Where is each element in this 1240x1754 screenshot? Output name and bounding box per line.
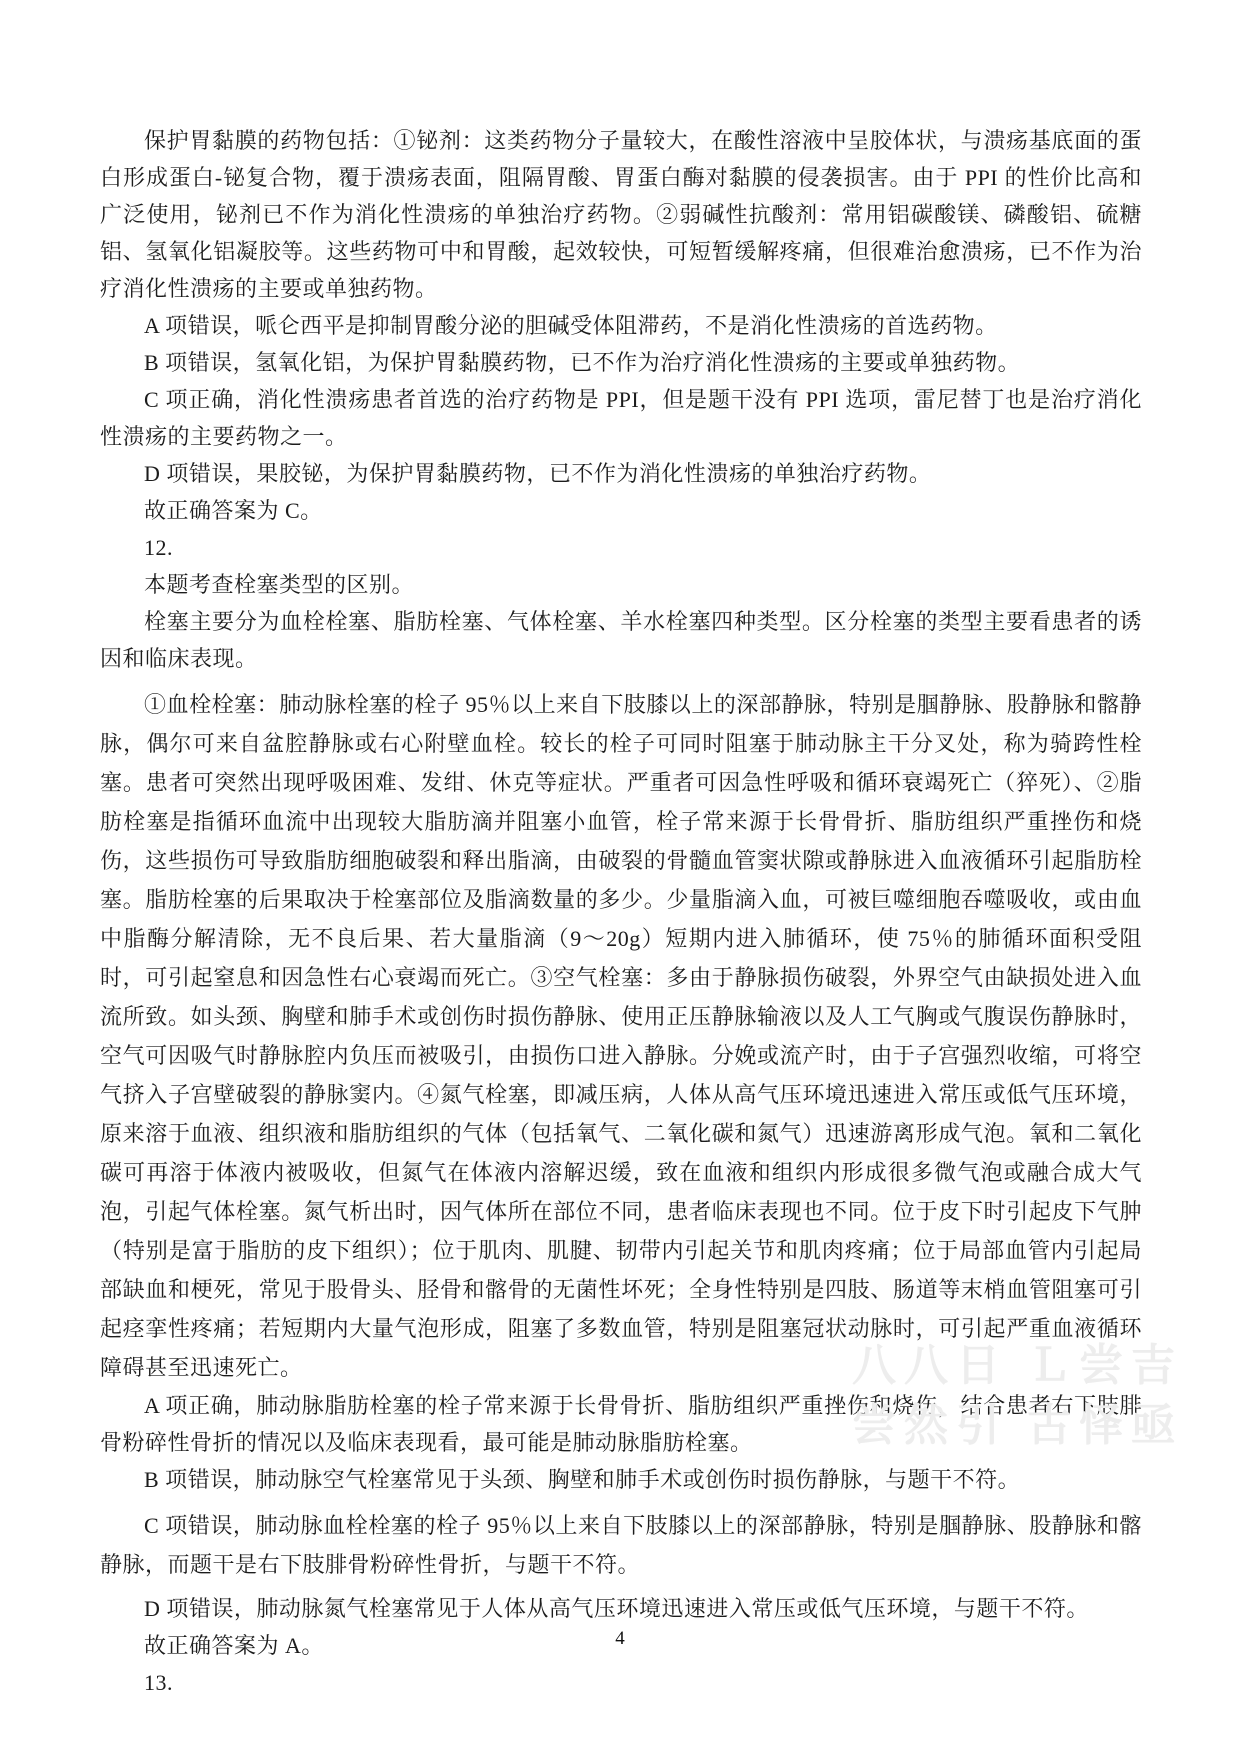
document-page: 保护胃黏膜的药物包括：①铋剂：这类药物分子量较大，在酸性溶液中呈胶体状，与溃疡基… [0, 0, 1240, 1754]
paragraph-option-a-q11: A 项错误，哌仑西平是抑制胃酸分泌的胆碱受体阻滞药，不是消化性溃疡的首选药物。 [100, 307, 1142, 344]
paragraph-drug-explanation: 保护胃黏膜的药物包括：①铋剂：这类药物分子量较大，在酸性溶液中呈胶体状，与溃疡基… [100, 122, 1142, 307]
question-number-12: 12. [100, 529, 1142, 566]
paragraph-topic-q12: 本题考查栓塞类型的区别。 [100, 566, 1142, 603]
paragraph-option-c-q11: C 项正确，消化性溃疡患者首选的治疗药物是 PPI，但是题干没有 PPI 选项，… [100, 381, 1142, 455]
paragraph-embolism-detail: ①血栓栓塞：肺动脉栓塞的栓子 95％以上来自下肢膝以上的深部静脉，特别是腘静脉、… [100, 685, 1142, 1387]
paragraph-embolism-types: 栓塞主要分为血栓栓塞、脂肪栓塞、气体栓塞、羊水栓塞四种类型。区分栓塞的类型主要看… [100, 603, 1142, 677]
paragraph-option-d-q12: D 项错误，肺动脉氮气栓塞常见于人体从高气压环境迅速进入常压或低气压环境，与题干… [100, 1590, 1142, 1627]
paragraph-option-b-q11: B 项错误，氢氧化铝，为保护胃黏膜药物，已不作为治疗消化性溃疡的主要或单独药物。 [100, 344, 1142, 381]
paragraph-option-d-q11: D 项错误，果胶铋，为保护胃黏膜药物，已不作为消化性溃疡的单独治疗药物。 [100, 455, 1142, 492]
watermark-line: 尝然引 古怿亟殓庠 [852, 1400, 1182, 1446]
paragraph-option-c-q12: C 项错误，肺动脉血栓栓塞的栓子 95％以上来自下肢膝以上的深部静脉，特别是腘静… [100, 1506, 1142, 1584]
question-number-13: 13. [100, 1664, 1142, 1701]
watermark-line: 八八日 Ｌ尝吉躯亡 [852, 1340, 1182, 1386]
paragraph-option-b-q12: B 项错误，肺动脉空气栓塞常见于头颈、胸壁和肺手术或创伤时损伤静脉，与题干不符。 [100, 1461, 1142, 1498]
paragraph-answer-q11: 故正确答案为 C。 [100, 492, 1142, 529]
watermark: 八八日 Ｌ尝吉躯亡 尝然引 古怿亟殓庠 [852, 1340, 1182, 1446]
document-body: 保护胃黏膜的药物包括：①铋剂：这类药物分子量较大，在酸性溶液中呈胶体状，与溃疡基… [100, 122, 1142, 1701]
page-number: 4 [0, 1628, 1240, 1650]
